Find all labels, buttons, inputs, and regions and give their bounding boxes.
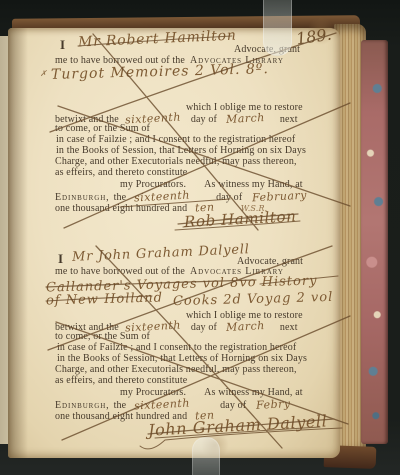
margin-cross-mark: ✗ [40, 69, 47, 78]
gutter-shadow [8, 28, 28, 458]
form1-sum-line: to come, or the Sum of [55, 123, 150, 134]
form2-procurators-line: my Procurators. As witness my Hand, at [120, 387, 303, 398]
form1-book-title: Turgot Memoires 2 Vol. 8º. [51, 61, 269, 83]
form1-books-session-line: in the Books of Session, that Letters of… [56, 145, 306, 156]
book-weight-bottom [192, 437, 220, 475]
form1-book-entry-line: ✗ Turgot Memoires 2 Vol. 8º. [40, 64, 269, 80]
form2-effeirs-line: as effeirs, and thereto constitute [55, 375, 187, 386]
form2-sign-month: Febry [256, 397, 291, 412]
form2-book-title-line2: of New Holland Cooks 2d Voyag 2 vol [46, 292, 333, 307]
photo-of-register-page: 189. I Mr Robert Hamilton Advocate, gran… [0, 0, 400, 475]
form1-effeirs-line: as effeirs, and thereto constitute [55, 167, 187, 178]
marbled-board-edge [361, 40, 388, 444]
form1-charge-line: Charge, and other Executorials needful, … [55, 156, 297, 167]
form1-procurators-line: my Procurators. As witness my Hand, at [120, 179, 303, 190]
form1-initial-i: I [60, 37, 65, 53]
form2-charge-line: Charge, and other Executorials needful, … [55, 364, 297, 375]
form2-return-month: March [226, 319, 265, 334]
book-weight-top [263, 0, 292, 56]
form2-failzie-line: in case of Failzie ; and I consent to th… [57, 342, 296, 353]
form2-books-session-line: in the Books of Session, that Letters of… [57, 353, 307, 364]
form2-initial-i: I [58, 251, 63, 267]
form1-return-month: March [226, 111, 265, 126]
form1-failzie-line: in case of Failzie ; and I consent to th… [56, 134, 295, 145]
form2-book-struck-part: of New Holland [46, 290, 163, 308]
form2-book-kept-part: Cooks 2d Voyag 2 vol [173, 290, 334, 309]
form2-sum-line: to come, or the Sum of [55, 331, 150, 342]
